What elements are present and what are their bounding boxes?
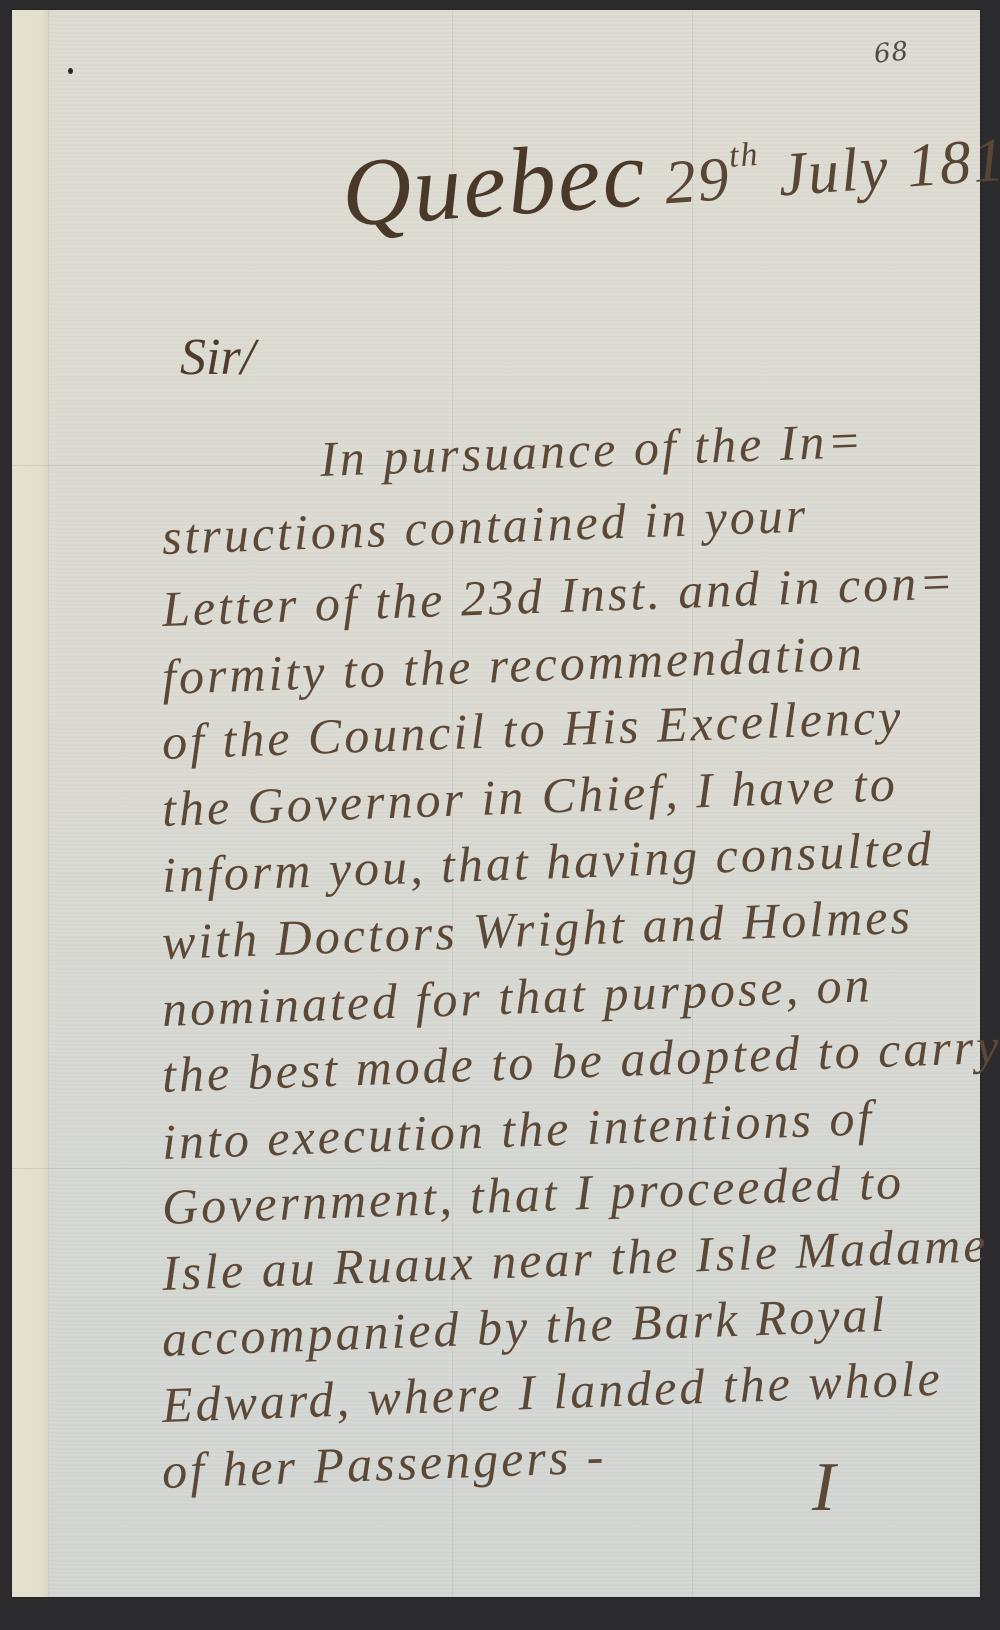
manuscript-page: 68 Quebec 29th July 1818 Sir/ In pursuan… — [12, 10, 980, 1597]
catchword: I — [812, 1448, 835, 1528]
salutation: Sir/ — [180, 328, 255, 387]
folio-number: 68 — [873, 36, 911, 70]
dateline-day: 29 — [662, 145, 733, 217]
scan-background: 68 Quebec 29th July 1818 Sir/ In pursuan… — [0, 0, 1000, 1630]
letter-line: of her Passengers - — [161, 1427, 607, 1500]
left-margin-fold-strip — [12, 10, 49, 1597]
letter-line: In pursuance of the In= — [319, 411, 865, 488]
dateline-place: Quebec — [338, 119, 650, 247]
letter-line: structions contained in your — [161, 485, 809, 566]
dateline-year: 1818 — [904, 123, 1000, 200]
ink-spot — [68, 68, 73, 74]
dateline: Quebec 29th July 1818 — [338, 89, 1000, 248]
dateline-month: July — [776, 134, 892, 210]
dateline-day-suffix: th — [728, 136, 761, 175]
